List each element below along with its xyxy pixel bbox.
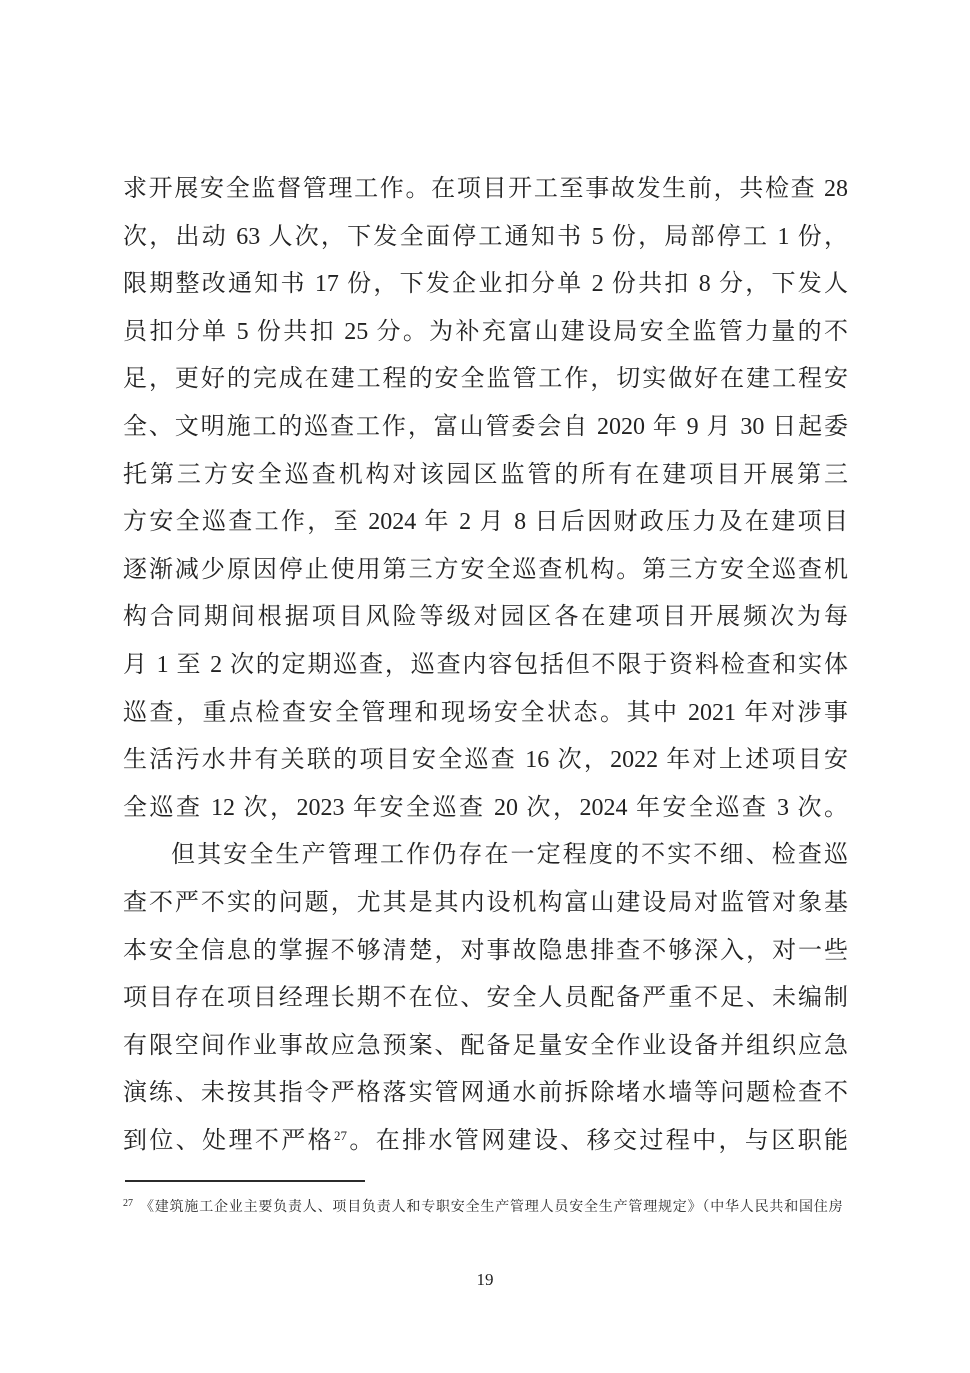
text-line: 员扣分单 5 份共扣 25 分。为补充富山建设局安全监管力量的不 (123, 309, 848, 357)
body-text: 求开展安全监督管理工作。在项目开工至事故发生前，共检查 28次，出动 63 人次… (123, 166, 848, 1165)
page-number: 19 (0, 1270, 970, 1290)
footnote-marker-superscript: 27 (123, 1198, 133, 1209)
text-line: 但其安全生产管理工作仍存在一定程度的不实不细、检查巡 (123, 832, 848, 880)
document-page: 求开展安全监督管理工作。在项目开工至事故发生前，共检查 28次，出动 63 人次… (0, 0, 970, 1373)
footnote-text: 《建筑施工企业主要负责人、项目负责人和专职安全生产管理人员安全生产管理规定》（中… (140, 1200, 843, 1215)
footnote-ref-superscript: 27 (334, 1128, 347, 1143)
text-line: 演练、未按其指令严格落实管网通水前拆除堵水墙等问题检查不 (123, 1070, 848, 1118)
footnote: 27《建筑施工企业主要负责人、项目负责人和专职安全生产管理人员安全生产管理规定》… (123, 1190, 863, 1222)
footnote-separator-rule (125, 1180, 365, 1182)
text-segment: 到位、处理不严格 (123, 1128, 334, 1154)
text-line: 生活污水井有关联的项目安全巡查 16 次，2022 年对上述项目安 (123, 737, 848, 785)
text-line: 有限空间作业事故应急预案、配备足量安全作业设备并组织应急 (123, 1023, 848, 1071)
text-line: 到位、处理不严格27。在排水管网建设、移交过程中，与区职能 (123, 1118, 848, 1166)
text-segment: 。在排水管网建设、移交过程中，与区职能 (347, 1128, 848, 1154)
text-line: 巡查，重点检查安全管理和现场安全状态。其中 2021 年对涉事 (123, 690, 848, 738)
text-line: 查不严不实的问题，尤其是其内设机构富山建设局对监管对象基 (123, 880, 848, 928)
text-line: 全巡查 12 次，2023 年安全巡查 20 次，2024 年安全巡查 3 次。 (123, 785, 848, 833)
text-line: 全、文明施工的巡查工作，富山管委会自 2020 年 9 月 30 日起委 (123, 404, 848, 452)
text-line: 项目存在项目经理长期不在位、安全人员配备严重不足、未编制 (123, 975, 848, 1023)
text-line: 托第三方安全巡查机构对该园区监管的所有在建项目开展第三 (123, 452, 848, 500)
text-line: 本安全信息的掌握不够清楚，对事故隐患排查不够深入，对一些 (123, 928, 848, 976)
text-line: 月 1 至 2 次的定期巡查，巡查内容包括但不限于资料检查和实体 (123, 642, 848, 690)
paragraph: 求开展安全监督管理工作。在项目开工至事故发生前，共检查 28次，出动 63 人次… (123, 166, 848, 832)
text-line: 次，出动 63 人次，下发全面停工通知书 5 份，局部停工 1 份， (123, 214, 848, 262)
text-line: 足，更好的完成在建工程的安全监管工作，切实做好在建工程安 (123, 356, 848, 404)
text-line: 求开展安全监督管理工作。在项目开工至事故发生前，共检查 28 (123, 166, 848, 214)
text-line: 逐渐减少原因停止使用第三方安全巡查机构。第三方安全巡查机 (123, 547, 848, 595)
paragraph: 但其安全生产管理工作仍存在一定程度的不实不细、检查巡查不严不实的问题，尤其是其内… (123, 832, 848, 1165)
text-line: 方安全巡查工作，至 2024 年 2 月 8 日后因财政压力及在建项目 (123, 499, 848, 547)
text-line: 构合同期间根据项目风险等级对园区各在建项目开展频次为每 (123, 594, 848, 642)
text-line: 限期整改通知书 17 份，下发企业扣分单 2 份共扣 8 分，下发人 (123, 261, 848, 309)
